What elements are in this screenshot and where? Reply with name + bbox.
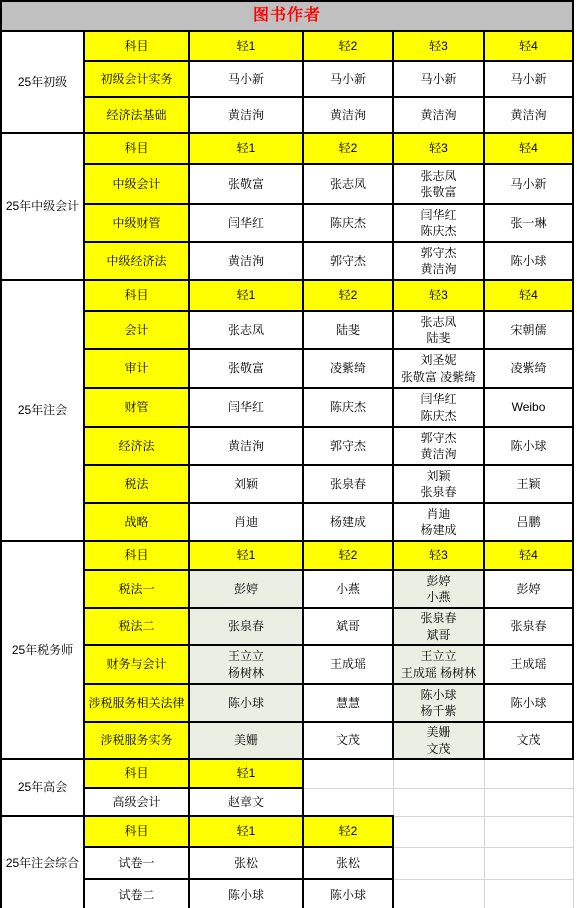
subject-cell: 战略 <box>84 503 189 541</box>
group-label: 25年注会综合 <box>1 816 84 908</box>
author-cell: 文茂 <box>303 722 393 759</box>
empty-cell <box>484 788 573 816</box>
column-header: 轻3 <box>393 280 484 311</box>
table-row: 涉税服务实务美姗文茂美姗 文茂文茂 <box>1 722 573 759</box>
author-cell: 郭守杰 黄洁洵 <box>393 242 484 280</box>
title-row: 图书作者 <box>1 1 573 31</box>
author-cell: 张泉春 <box>303 465 393 503</box>
author-cell: 文茂 <box>484 722 573 759</box>
author-cell: 彭婷 <box>484 570 573 608</box>
subject-cell: 会计 <box>84 311 189 349</box>
subject-cell: 试卷二 <box>84 879 189 908</box>
group-header-row: 25年高会科目轻1 <box>1 759 573 788</box>
author-cell: 马小新 <box>189 61 303 97</box>
author-cell: 陆斐 <box>303 311 393 349</box>
column-header: 科目 <box>84 759 189 788</box>
author-cell: 张志凤 陆斐 <box>393 311 484 349</box>
column-header: 轻2 <box>303 816 393 847</box>
author-cell: 宋朝儒 <box>484 311 573 349</box>
author-cell: 张松 <box>303 847 393 879</box>
empty-cell <box>303 759 393 788</box>
group-label: 25年高会 <box>1 759 84 816</box>
author-cell: 张志凤 <box>303 164 393 204</box>
author-cell: 陈小球 <box>189 684 303 722</box>
subject-cell: 审计 <box>84 349 189 388</box>
author-cell: 刘颖 张泉春 <box>393 465 484 503</box>
author-cell: 王立立 杨树林 <box>189 645 303 684</box>
column-header: 轻2 <box>303 280 393 311</box>
author-cell: 张敬富 <box>189 349 303 388</box>
author-cell: 黄洁洵 <box>189 427 303 465</box>
author-cell: 黄洁洵 <box>484 97 573 133</box>
column-header: 轻4 <box>484 31 573 61</box>
column-header: 轻1 <box>189 133 303 164</box>
subject-cell: 涉税服务相关法律 <box>84 684 189 722</box>
subject-cell: 中级经济法 <box>84 242 189 280</box>
table-row: 战略肖迪杨建成肖迪 杨建成吕鹏 <box>1 503 573 541</box>
subject-cell: 财务与会计 <box>84 645 189 684</box>
column-header: 科目 <box>84 816 189 847</box>
table-row: 会计张志凤陆斐张志凤 陆斐宋朝儒 <box>1 311 573 349</box>
author-cell: 郭守杰 <box>303 242 393 280</box>
author-cell: 彭婷 <box>189 570 303 608</box>
author-cell: 吕鹏 <box>484 503 573 541</box>
page-title: 图书作者 <box>1 1 573 31</box>
author-cell: Weibo <box>484 388 573 427</box>
table-row: 中级经济法黄洁洵郭守杰郭守杰 黄洁洵陈小球 <box>1 242 573 280</box>
author-cell: 陈小球 <box>303 879 393 908</box>
author-cell: 张敬富 <box>189 164 303 204</box>
column-header: 轻4 <box>484 280 573 311</box>
book-authors-table: 图书作者 25年初级科目轻1轻2轻3轻4初级会计实务马小新马小新马小新马小新经济… <box>0 0 574 908</box>
group-header-row: 25年税务师科目轻1轻2轻3轻4 <box>1 541 573 570</box>
author-cell: 赵章文 <box>189 788 303 816</box>
author-cell: 慧慧 <box>303 684 393 722</box>
table-row: 中级会计张敬富张志凤张志凤 张敬富马小新 <box>1 164 573 204</box>
subject-cell: 初级会计实务 <box>84 61 189 97</box>
group-label: 25年初级 <box>1 31 84 133</box>
empty-cell <box>484 759 573 788</box>
author-cell: 凌紫绮 <box>484 349 573 388</box>
empty-cell <box>303 788 393 816</box>
table-row: 财管闫华红陈庆杰闫华红 陈庆杰Weibo <box>1 388 573 427</box>
author-cell: 马小新 <box>484 164 573 204</box>
column-header: 科目 <box>84 541 189 570</box>
author-cell: 张泉春 斌哥 <box>393 608 484 645</box>
author-cell: 黄洁洵 <box>303 97 393 133</box>
author-cell: 肖迪 杨建成 <box>393 503 484 541</box>
empty-cell <box>484 847 573 879</box>
subject-cell: 中级会计 <box>84 164 189 204</box>
author-cell: 斌哥 <box>303 608 393 645</box>
subject-cell: 税法一 <box>84 570 189 608</box>
table-row: 经济法基础黄洁洵黄洁洵黄洁洵黄洁洵 <box>1 97 573 133</box>
table-row: 涉税服务相关法律陈小球慧慧陈小球 杨千紫陈小球 <box>1 684 573 722</box>
author-cell: 美姗 <box>189 722 303 759</box>
author-cell: 张志凤 <box>189 311 303 349</box>
author-cell: 王成瑶 <box>303 645 393 684</box>
group-label: 25年注会 <box>1 280 84 541</box>
table-row: 试卷一张松张松 <box>1 847 573 879</box>
table-row: 税法一彭婷小燕彭婷 小燕彭婷 <box>1 570 573 608</box>
author-cell: 张泉春 <box>484 608 573 645</box>
column-header: 轻2 <box>303 541 393 570</box>
table-row: 税法二张泉春斌哥张泉春 斌哥张泉春 <box>1 608 573 645</box>
empty-cell <box>393 879 484 908</box>
column-header: 科目 <box>84 31 189 61</box>
subject-cell: 涉税服务实务 <box>84 722 189 759</box>
column-header: 轻3 <box>393 541 484 570</box>
author-cell: 郭守杰 黄洁洵 <box>393 427 484 465</box>
author-cell: 黄洁洵 <box>393 97 484 133</box>
subject-cell: 税法 <box>84 465 189 503</box>
author-cell: 陈小球 <box>484 427 573 465</box>
author-cell: 王颖 <box>484 465 573 503</box>
table-row: 中级财管闫华红陈庆杰闫华红 陈庆杰张一琳 <box>1 204 573 242</box>
group-header-row: 25年中级会计科目轻1轻2轻3轻4 <box>1 133 573 164</box>
author-cell: 张志凤 张敬富 <box>393 164 484 204</box>
author-cell: 王成瑶 <box>484 645 573 684</box>
table-row: 初级会计实务马小新马小新马小新马小新 <box>1 61 573 97</box>
column-header: 科目 <box>84 280 189 311</box>
author-cell: 美姗 文茂 <box>393 722 484 759</box>
empty-cell <box>393 788 484 816</box>
author-cell: 马小新 <box>484 61 573 97</box>
column-header: 轻1 <box>189 31 303 61</box>
empty-cell <box>393 847 484 879</box>
group-header-row: 25年注会综合科目轻1轻2 <box>1 816 573 847</box>
column-header: 科目 <box>84 133 189 164</box>
group-header-row: 25年注会科目轻1轻2轻3轻4 <box>1 280 573 311</box>
subject-cell: 经济法 <box>84 427 189 465</box>
subject-cell: 中级财管 <box>84 204 189 242</box>
empty-cell <box>393 759 484 788</box>
author-cell: 杨建成 <box>303 503 393 541</box>
subject-cell: 高级会计 <box>84 788 189 816</box>
author-cell: 陈小球 <box>484 242 573 280</box>
table-row: 审计张敬富凌紫绮刘圣妮 张敬富 凌紫绮凌紫绮 <box>1 349 573 388</box>
subject-cell: 财管 <box>84 388 189 427</box>
column-header: 轻4 <box>484 133 573 164</box>
author-cell: 张泉春 <box>189 608 303 645</box>
author-cell: 小燕 <box>303 570 393 608</box>
author-cell: 刘圣妮 张敬富 凌紫绮 <box>393 349 484 388</box>
author-cell: 王立立 王成瑶 杨树林 <box>393 645 484 684</box>
author-cell: 陈庆杰 <box>303 388 393 427</box>
author-cell: 凌紫绮 <box>303 349 393 388</box>
author-cell: 刘颖 <box>189 465 303 503</box>
author-cell: 陈小球 <box>189 879 303 908</box>
column-header: 轻2 <box>303 133 393 164</box>
column-header: 轻2 <box>303 31 393 61</box>
column-header: 轻4 <box>484 541 573 570</box>
author-cell: 郭守杰 <box>303 427 393 465</box>
empty-cell <box>484 816 573 847</box>
table-row: 税法刘颖张泉春刘颖 张泉春王颖 <box>1 465 573 503</box>
empty-cell <box>393 816 484 847</box>
author-cell: 闫华红 陈庆杰 <box>393 388 484 427</box>
subject-cell: 经济法基础 <box>84 97 189 133</box>
author-cell: 彭婷 小燕 <box>393 570 484 608</box>
author-cell: 黄洁洵 <box>189 97 303 133</box>
book-authors-sheet: 图书作者 25年初级科目轻1轻2轻3轻4初级会计实务马小新马小新马小新马小新经济… <box>0 0 577 908</box>
group-label: 25年税务师 <box>1 541 84 759</box>
author-cell: 张松 <box>189 847 303 879</box>
group-label: 25年中级会计 <box>1 133 84 280</box>
empty-cell <box>484 879 573 908</box>
author-cell: 闫华红 陈庆杰 <box>393 204 484 242</box>
author-cell: 陈小球 <box>484 684 573 722</box>
column-header: 轻1 <box>189 759 303 788</box>
subject-cell: 税法二 <box>84 608 189 645</box>
column-header: 轻1 <box>189 541 303 570</box>
column-header: 轻1 <box>189 280 303 311</box>
column-header: 轻3 <box>393 133 484 164</box>
author-cell: 陈庆杰 <box>303 204 393 242</box>
column-header: 轻3 <box>393 31 484 61</box>
column-header: 轻1 <box>189 816 303 847</box>
author-cell: 张一琳 <box>484 204 573 242</box>
author-cell: 马小新 <box>303 61 393 97</box>
author-cell: 陈小球 杨千紫 <box>393 684 484 722</box>
table-row: 财务与会计王立立 杨树林王成瑶王立立 王成瑶 杨树林王成瑶 <box>1 645 573 684</box>
author-cell: 闫华红 <box>189 204 303 242</box>
table-row: 经济法黄洁洵郭守杰郭守杰 黄洁洵陈小球 <box>1 427 573 465</box>
group-header-row: 25年初级科目轻1轻2轻3轻4 <box>1 31 573 61</box>
subject-cell: 试卷一 <box>84 847 189 879</box>
author-cell: 肖迪 <box>189 503 303 541</box>
author-cell: 闫华红 <box>189 388 303 427</box>
table-row: 试卷二陈小球陈小球 <box>1 879 573 908</box>
author-cell: 黄洁洵 <box>189 242 303 280</box>
table-row: 高级会计赵章文 <box>1 788 573 816</box>
author-cell: 马小新 <box>393 61 484 97</box>
